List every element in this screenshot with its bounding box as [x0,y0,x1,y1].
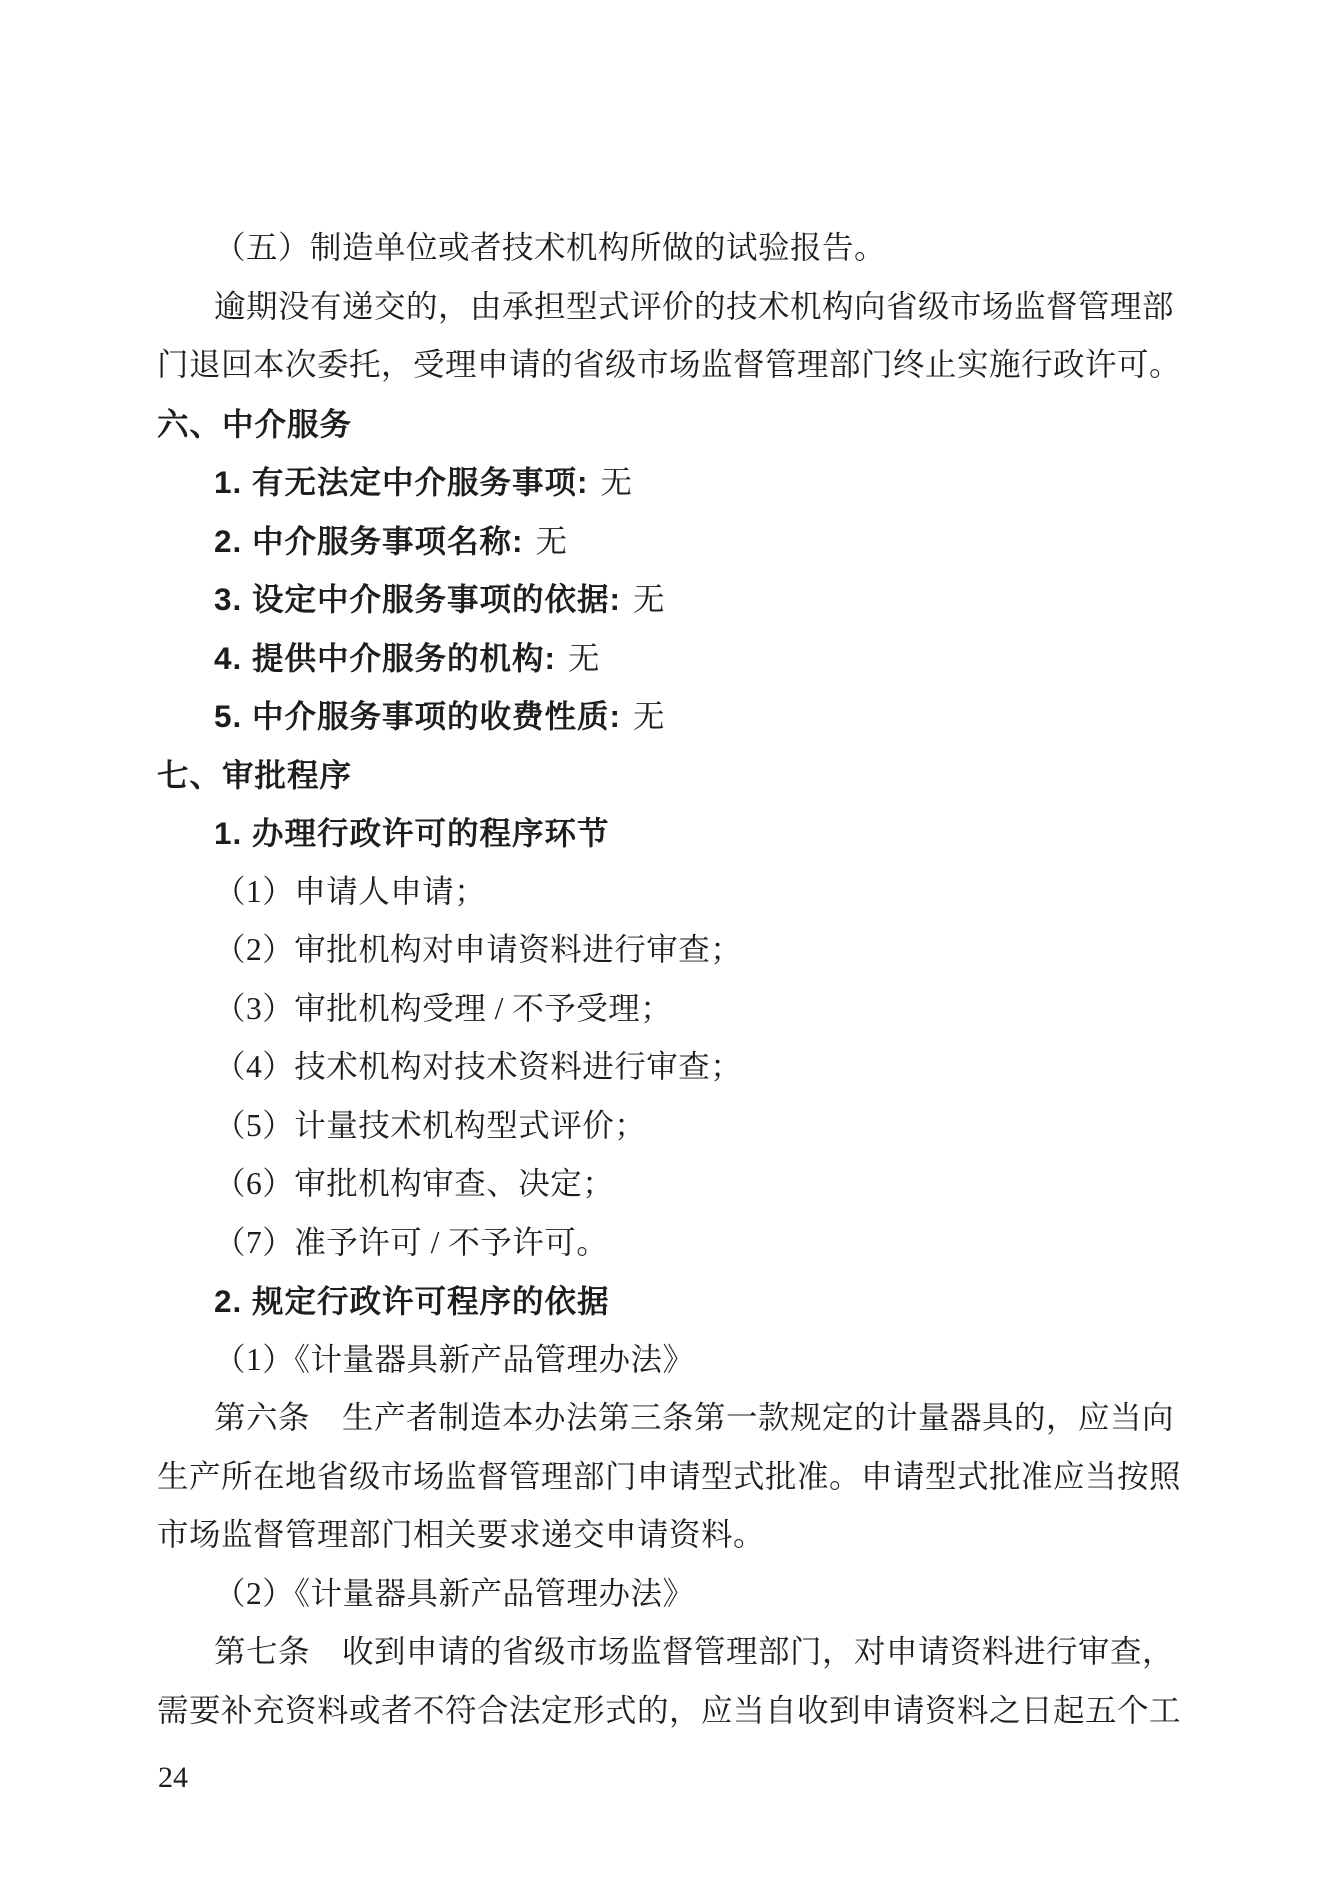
section-heading-6: 六、中介服务 [157,395,1157,454]
intermediary-item-3-value: 无 [633,582,665,617]
procedure-subheading: 1. 办理行政许可的程序环节 [157,804,1157,863]
basis-1-line-1: 第六条 生产者制造本办法第三条第一款规定的计量器具的，应当向 [157,1389,1157,1448]
intermediary-item-1: 1. 有无法定中介服务事项:无 [157,453,1157,512]
basis-2-line-2: 需要补充资料或者不符合法定形式的，应当自收到申请资料之日起五个工 [157,1682,1157,1741]
list-item-5: （五）制造单位或者技术机构所做的试验报告。 [157,219,1157,278]
procedure-step-5: （5）计量技术机构型式评价； [157,1097,1157,1156]
document-page: （五）制造单位或者技术机构所做的试验报告。 逾期没有递交的，由承担型式评价的技术… [0,0,1339,1890]
page-number: 24 [158,1749,188,1808]
intermediary-item-2: 2. 中介服务事项名称:无 [157,512,1157,571]
procedure-step-3: （3）审批机构受理 / 不予受理； [157,980,1157,1039]
intermediary-item-5-value: 无 [633,699,665,734]
intermediary-item-5-label: 5. 中介服务事项的收费性质: [214,698,621,734]
basis-subheading: 2. 规定行政许可程序的依据 [157,1272,1157,1331]
section-heading-7: 七、审批程序 [157,746,1157,805]
basis-2-title: （2）《计量器具新产品管理办法》 [157,1565,1157,1624]
procedure-step-4: （4）技术机构对技术资料进行审查； [157,1038,1157,1097]
intermediary-item-5: 5. 中介服务事项的收费性质:无 [157,687,1157,746]
intermediary-item-1-value: 无 [601,465,633,500]
intermediary-item-3-label: 3. 设定中介服务事项的依据: [214,581,621,617]
basis-2-line-1: 第七条 收到申请的省级市场监督管理部门，对申请资料进行审查， [157,1623,1157,1682]
intermediary-item-2-value: 无 [536,524,568,559]
procedure-step-7: （7）准予许可 / 不予许可。 [157,1214,1157,1273]
intermediary-item-2-label: 2. 中介服务事项名称: [214,523,524,559]
basis-1-line-2: 生产所在地省级市场监督管理部门申请型式批准。申请型式批准应当按照 [157,1448,1157,1507]
intermediary-item-4-label: 4. 提供中介服务的机构: [214,640,556,676]
procedure-step-6: （6）审批机构审查、决定； [157,1155,1157,1214]
procedure-step-1: （1）申请人申请； [157,863,1157,922]
paragraph-overdue-line-2: 门退回本次委托，受理申请的省级市场监督管理部门终止实施行政许可。 [157,336,1157,395]
intermediary-item-1-label: 1. 有无法定中介服务事项: [214,464,589,500]
intermediary-item-4: 4. 提供中介服务的机构:无 [157,629,1157,688]
basis-1-line-3: 市场监督管理部门相关要求递交申请资料。 [157,1506,1157,1565]
document-body: （五）制造单位或者技术机构所做的试验报告。 逾期没有递交的，由承担型式评价的技术… [157,219,1157,1740]
procedure-step-2: （2）审批机构对申请资料进行审查； [157,921,1157,980]
paragraph-overdue-line-1: 逾期没有递交的，由承担型式评价的技术机构向省级市场监督管理部 [157,278,1157,337]
intermediary-item-4-value: 无 [568,641,600,676]
intermediary-item-3: 3. 设定中介服务事项的依据:无 [157,570,1157,629]
basis-1-title: （1）《计量器具新产品管理办法》 [157,1331,1157,1390]
